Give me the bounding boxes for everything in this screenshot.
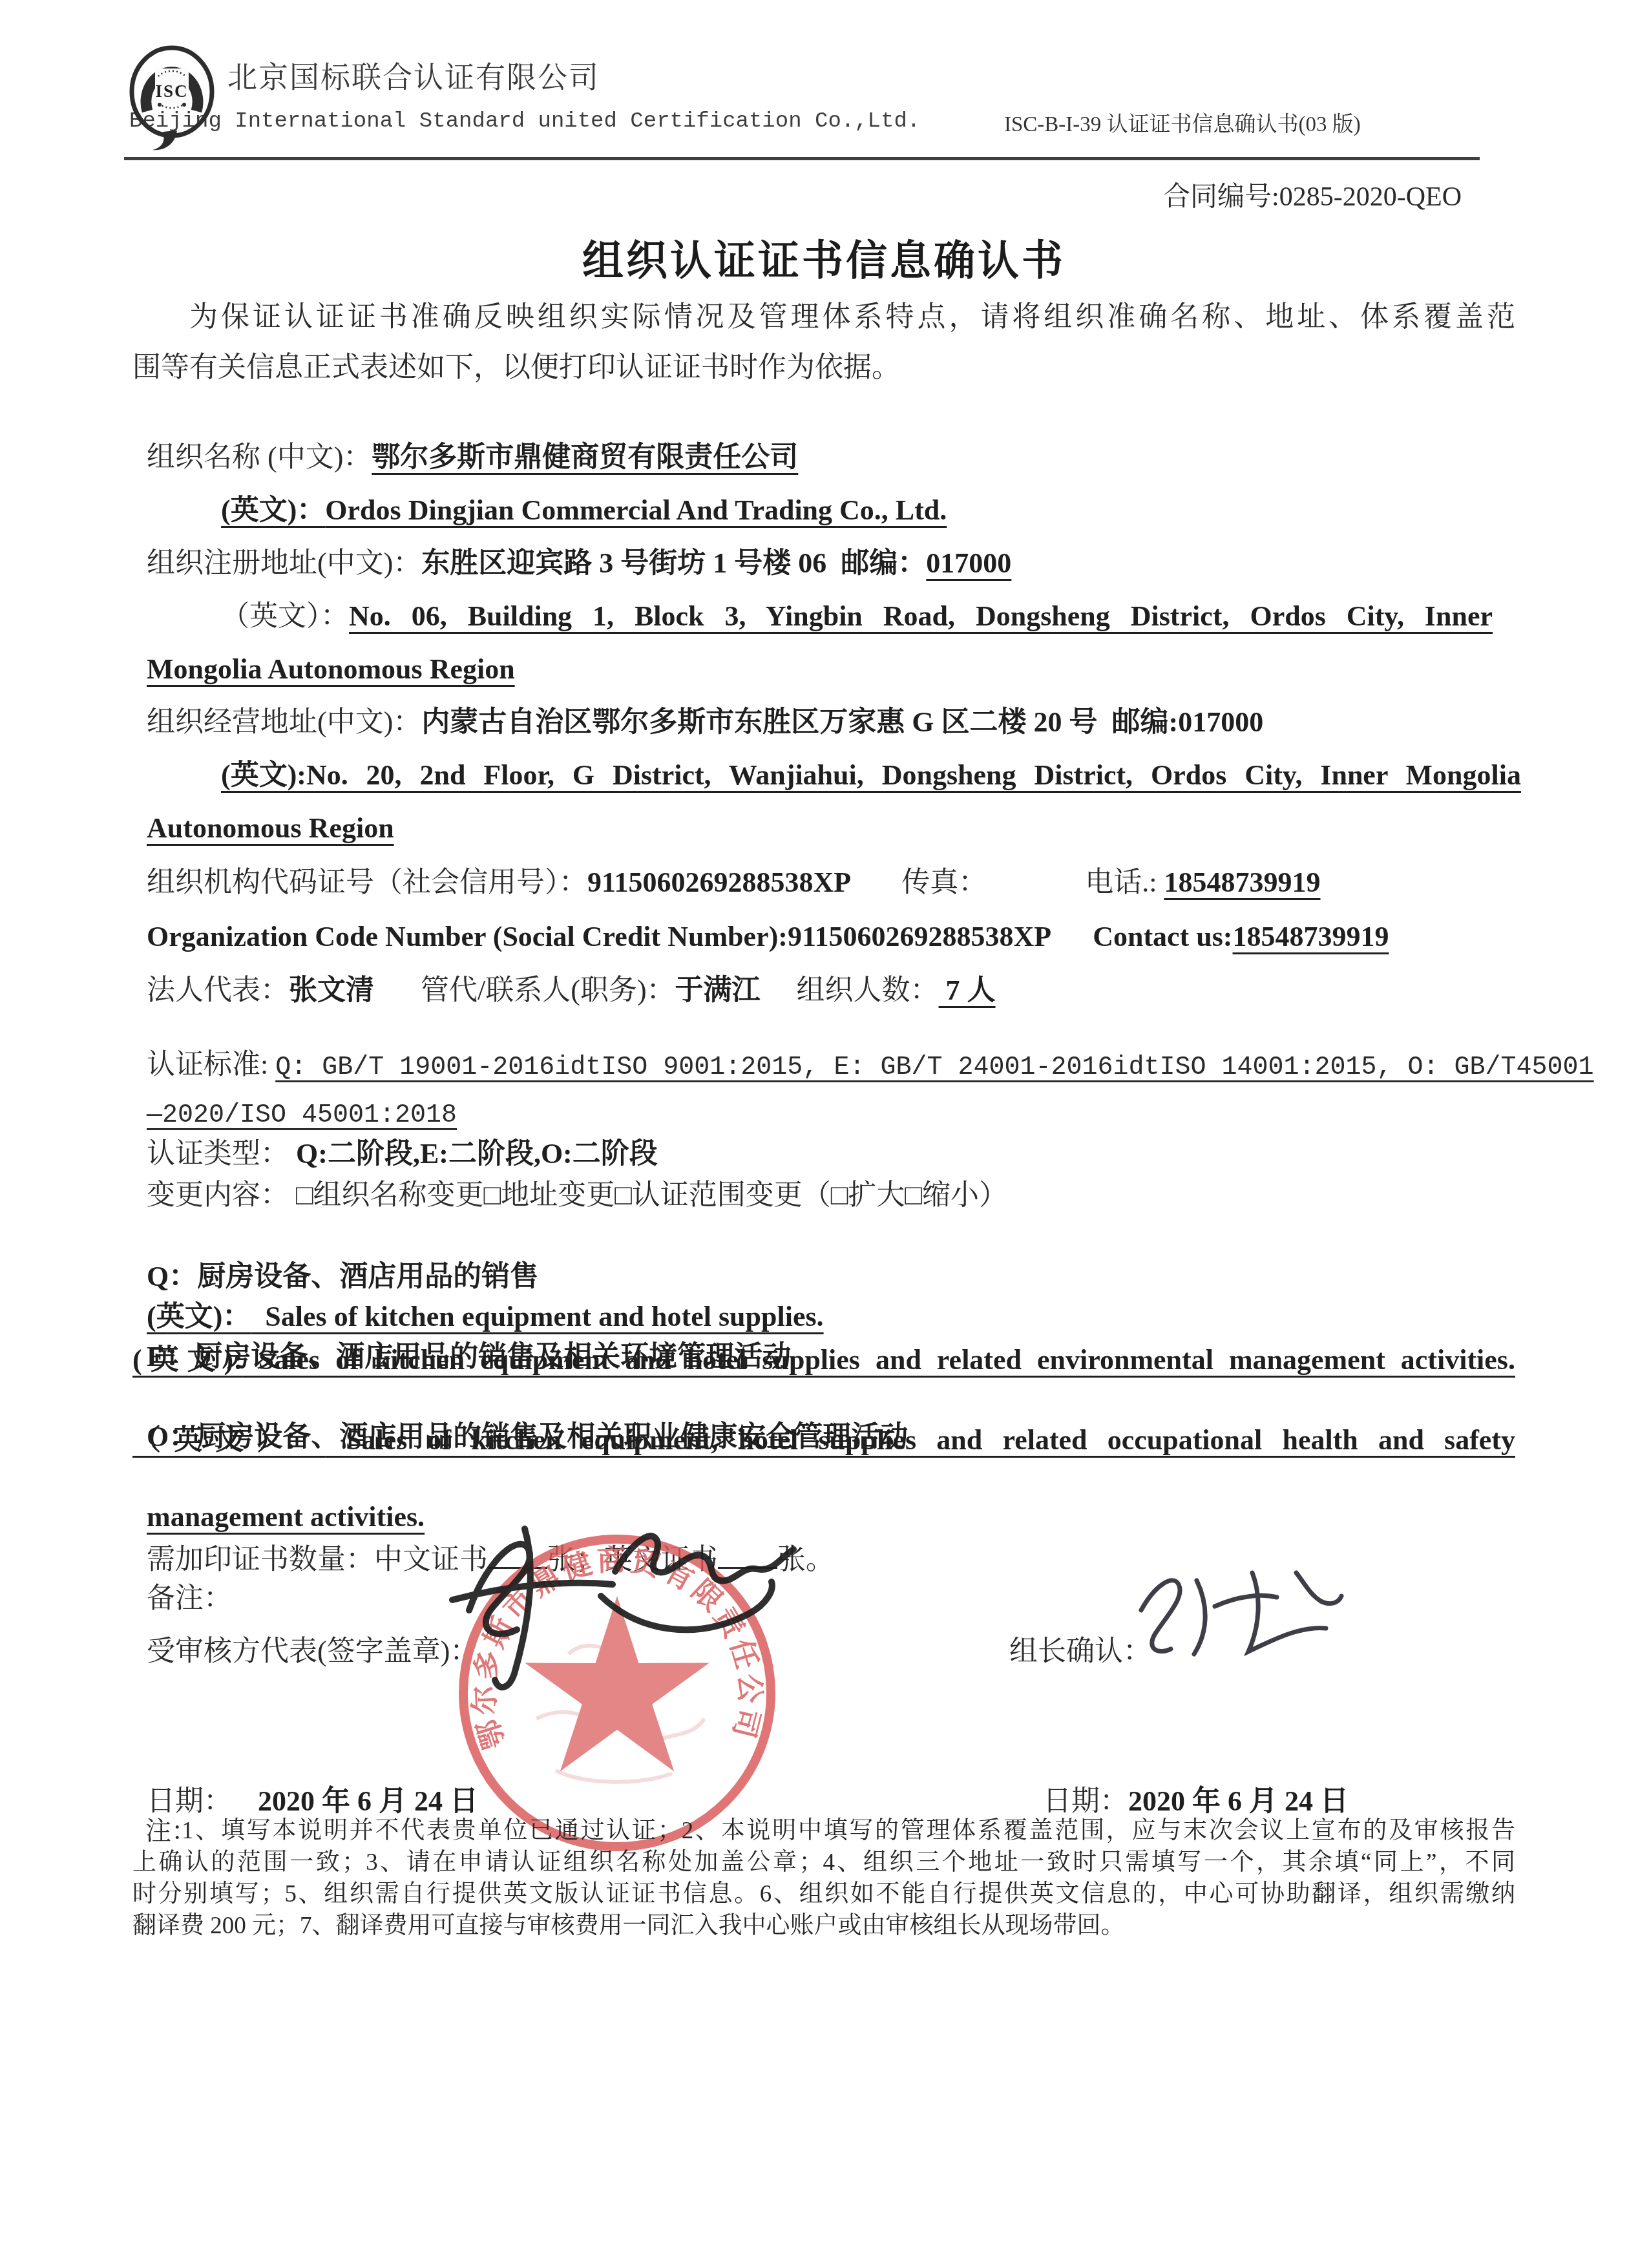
date-right-row: 日期：2020 年 6 月 24 日 (1029, 1746, 1349, 1820)
header-divider (124, 157, 1480, 160)
auditee-signature (439, 1506, 814, 1693)
change-label: 变更内容： (147, 1179, 289, 1211)
manager-label: 管代/联系人(职务)： (421, 974, 675, 1006)
intro-line-2: 围等有关信息正式表述如下，以便打印认证证书时作为依据。 (132, 349, 900, 386)
headcount-label: 组织人数： (797, 974, 939, 1006)
standard-line1: Q: GB/T 19001-2016idtISO 9001:2015, E: G… (275, 1053, 1593, 1082)
contract-number: 合同编号:0285-2020-QEO (1163, 180, 1462, 215)
note-line-2: 上确认的范围一致；3、请在申请认证组织名称处加盖公章；4、组织三个地址一致时只需… (132, 1847, 1515, 1878)
page-title: 组织认证证书信息确认书 (132, 234, 1515, 288)
contact-value: 18548739919 (1233, 921, 1389, 952)
date-left-value: 2020 年 6 月 24 日 (258, 1785, 478, 1817)
note-line-4: 翻译费 200 元；7、翻译费用可直接与审核费用一同汇入我中心账户或由审核组长从… (132, 1911, 1515, 1942)
company-name-en: Beijing International Standard united Ce… (129, 107, 920, 136)
scanned-certificate-page: { "header": { "logo_text": "ISC", "compa… (0, 0, 1649, 2268)
legal-rep-label: 法人代表： (147, 974, 289, 1006)
biz-addr-en-row: (英文):No. 20, 2nd Floor, G District, Wanj… (207, 720, 1515, 793)
legal-rep-row: 法人代表：张文清管代/联系人(职务)：于满江组织人数： 7 人 (132, 935, 996, 1009)
scope-o-en-line1: Sales of kitchen equipment, hotel suppli… (326, 1424, 1515, 1456)
change-row: 变更内容： □组织名称变更□地址变更□认证范围变更（□扩大□缩小） (132, 1140, 1007, 1213)
isc-logo: ISC (129, 41, 220, 158)
change-checkboxes: □组织名称变更□地址变更□认证范围变更（□扩大□缩小） (296, 1179, 1007, 1211)
note-line-3: 时分别填写；5、组织需自行提供英文版认证证书信息。6、组织如不能自行提供英文信息… (132, 1879, 1515, 1910)
scope-o-en-label: （英文）： (132, 1424, 326, 1456)
auditee-sign-row: 受审核方代表(签字盖章)： (132, 1596, 478, 1670)
scope-e-en-text: Sales of kitchen equipment and hotel sup… (243, 1344, 1515, 1376)
headcount-value: 7 人 (939, 974, 996, 1006)
scope-o-en: （英文）： Sales of kitchen equipment, hotel … (132, 1422, 1515, 1458)
scope-e-en: (英文): Sales of kitchen equipment and hot… (132, 1341, 1515, 1378)
document-code: ISC-B-I-39 认证证书信息确认书(03 版) (1004, 111, 1361, 139)
contact-label: Contact us: (1093, 921, 1232, 952)
scope-e-en-label: (英文): (132, 1344, 243, 1376)
date-right-value: 2020 年 6 月 24 日 (1128, 1785, 1349, 1817)
company-name-cn: 北京国标联合认证有限公司 (227, 58, 600, 97)
biz-addr-en-line1: No. 20, 2nd Floor, G District, Wanjiahui… (306, 759, 1521, 791)
reg-addr-en-line1: No. 06, Building 1, Block 3, Yingbin Roa… (349, 600, 1493, 632)
legal-rep-value: 张文清 (289, 974, 374, 1006)
note-line-1: 1、填写本说明并不代表贵单位已通过认证；2、本说明中填写的管理体系覆盖范围，应与… (132, 1816, 1515, 1847)
leader-signature (1124, 1557, 1357, 1674)
date-right-label: 日期： (1043, 1785, 1128, 1817)
intro-line-1: 为保证认证证书准确反映组织实际情况及管理体系特点，请将组织准确名称、地址、体系覆… (132, 299, 1515, 335)
logo-text: ISC (155, 81, 188, 101)
manager-value: 于满江 (675, 974, 761, 1006)
auditee-sign-label: 受审核方代表(签字盖章)： (147, 1635, 478, 1667)
